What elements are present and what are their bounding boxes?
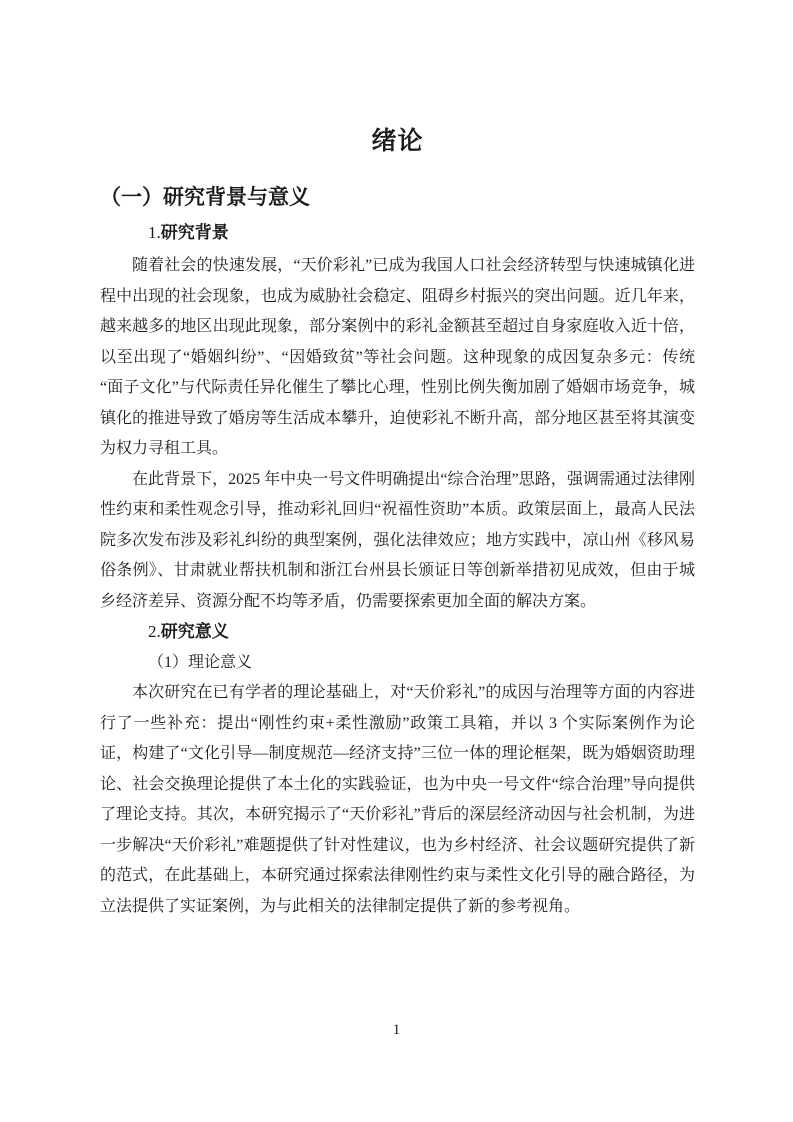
subsection-heading-research-significance: 2.研究意义 bbox=[100, 617, 695, 648]
subsection-number: 1. bbox=[148, 223, 161, 242]
subsection-label: 研究背景 bbox=[161, 223, 229, 242]
page-number: 1 bbox=[0, 1020, 793, 1040]
subsection-number: 2. bbox=[148, 622, 161, 641]
subsection-heading-research-background: 1.研究背景 bbox=[100, 220, 695, 246]
subsection-label: 研究意义 bbox=[161, 622, 229, 641]
page-content: 绪论 （一）研究背景与意义 1.研究背景 随着社会的快速发展，“天价彩礼”已成为… bbox=[100, 0, 695, 922]
paragraph-theoretical-significance: 本次研究在已有学者的理论基础上，对“天价彩礼”的成因与治理等方面的内容进行了一些… bbox=[100, 678, 695, 922]
section-heading-research-background-significance: （一）研究背景与意义 bbox=[100, 184, 695, 212]
chapter-title: 绪论 bbox=[100, 126, 695, 156]
document-page: 绪论 （一）研究背景与意义 1.研究背景 随着社会的快速发展，“天价彩礼”已成为… bbox=[0, 0, 793, 1122]
paragraph-research-background-2: 在此背景下，2025 年中央一号文件明确提出“综合治理”思路，强调需通过法律刚性… bbox=[100, 465, 695, 618]
subsection-heading-theoretical-significance: （1）理论意义 bbox=[100, 648, 695, 679]
paragraph-research-background-1: 随着社会的快速发展，“天价彩礼”已成为我国人口社会经济转型与快速城镇化进程中出现… bbox=[100, 251, 695, 465]
